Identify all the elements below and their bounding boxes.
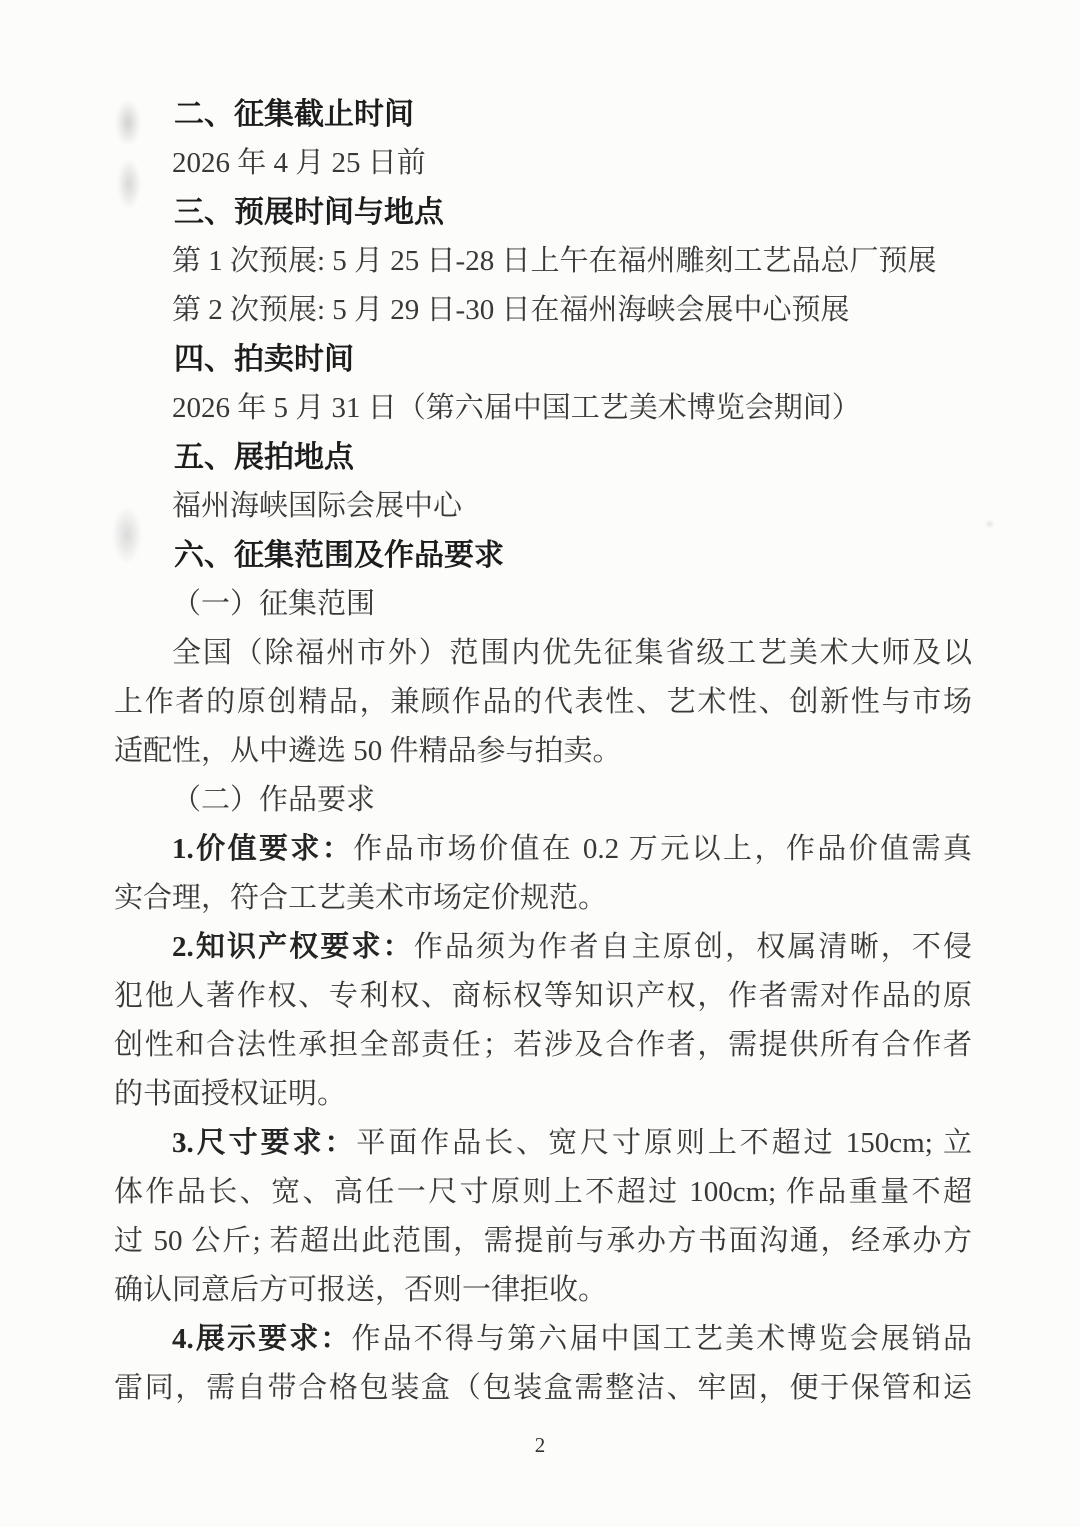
text-line: 五、展拍地点 <box>114 433 972 482</box>
text-line: （二）作品要求 <box>114 776 972 825</box>
line-text: 第 2 次预展: 5 月 29 日-30 日在福州海峡会展中心预展 <box>172 294 849 326</box>
text-line: （一）征集范围 <box>114 580 972 629</box>
text-line: 2026 年 4 月 25 日前 <box>114 139 972 188</box>
line-label: 3.尺寸要求： <box>172 1127 356 1159</box>
text-line: 福州海峡国际会展中心 <box>114 482 972 531</box>
line-text: 过 50 公斤; 若超出此范围，需提前与承办方书面沟通，经承办方 <box>114 1225 972 1257</box>
line-text: 五、展拍地点 <box>174 441 354 474</box>
text-line: 三、预展时间与地点 <box>114 188 972 237</box>
text-line: 3.尺寸要求：平面作品长、宽尺寸原则上不超过 150cm; 立 <box>114 1119 972 1168</box>
line-text: 全国（除福州市外）范围内优先征集省级工艺美术大师及以 <box>172 637 972 669</box>
line-text: （二）作品要求 <box>172 784 375 816</box>
line-text: 确认同意后方可报送，否则一律拒收。 <box>114 1274 607 1306</box>
line-text: 适配性，从中遴选 50 件精品参与拍卖。 <box>114 735 622 767</box>
text-line: 过 50 公斤; 若超出此范围，需提前与承办方书面沟通，经承办方 <box>114 1217 972 1266</box>
line-text: （一）征集范围 <box>172 588 375 620</box>
text-line: 4.展示要求：作品不得与第六届中国工艺美术博览会展销品 <box>114 1315 972 1364</box>
line-label: 4.展示要求： <box>172 1323 352 1355</box>
line-text: 2026 年 5 月 31 日（第六届中国工艺美术博览会期间） <box>172 392 861 424</box>
line-text: 作品市场价值在 0.2 万元以上，作品价值需真 <box>353 833 972 865</box>
text-line: 适配性，从中遴选 50 件精品参与拍卖。 <box>114 727 972 776</box>
line-text: 创性和合法性承担全部责任；若涉及合作者，需提供所有合作者 <box>114 1029 972 1061</box>
text-line: 全国（除福州市外）范围内优先征集省级工艺美术大师及以 <box>114 629 972 678</box>
line-text: 雷同，需自带合格包装盒（包装盒需整洁、牢固，便于保管和运 <box>114 1372 972 1404</box>
text-line: 实合理，符合工艺美术市场定价规范。 <box>114 874 972 923</box>
line-text: 福州海峡国际会展中心 <box>172 490 462 522</box>
text-line: 犯他人著作权、专利权、商标权等知识产权，作者需对作品的原 <box>114 972 972 1021</box>
document-page: 二、征集截止时间2026 年 4 月 25 日前三、预展时间与地点第 1 次预展… <box>0 0 1080 1527</box>
line-text: 作品不得与第六届中国工艺美术博览会展销品 <box>352 1323 972 1355</box>
line-text: 六、征集范围及作品要求 <box>174 539 504 572</box>
text-line: 上作者的原创精品，兼顾作品的代表性、艺术性、创新性与市场 <box>114 678 972 727</box>
text-line: 1.价值要求：作品市场价值在 0.2 万元以上，作品价值需真 <box>114 825 972 874</box>
line-text: 上作者的原创精品，兼顾作品的代表性、艺术性、创新性与市场 <box>114 686 972 718</box>
text-line: 体作品长、宽、高任一尺寸原则上不超过 100cm; 作品重量不超 <box>114 1168 972 1217</box>
text-line: 雷同，需自带合格包装盒（包装盒需整洁、牢固，便于保管和运 <box>114 1364 972 1413</box>
line-text: 2026 年 4 月 25 日前 <box>172 147 426 179</box>
line-text: 的书面授权证明。 <box>114 1078 346 1110</box>
line-text: 第 1 次预展: 5 月 25 日-28 日上午在福州雕刻工艺品总厂预展 <box>172 245 936 277</box>
scan-artifact <box>985 520 994 528</box>
line-text: 体作品长、宽、高任一尺寸原则上不超过 100cm; 作品重量不超 <box>114 1176 972 1208</box>
text-line: 第 1 次预展: 5 月 25 日-28 日上午在福州雕刻工艺品总厂预展 <box>114 237 972 286</box>
text-line: 确认同意后方可报送，否则一律拒收。 <box>114 1266 972 1315</box>
line-text: 三、预展时间与地点 <box>174 196 444 229</box>
text-line: 第 2 次预展: 5 月 29 日-30 日在福州海峡会展中心预展 <box>114 286 972 335</box>
line-text: 实合理，符合工艺美术市场定价规范。 <box>114 882 607 914</box>
text-line: 的书面授权证明。 <box>114 1070 972 1119</box>
line-label: 2.知识产权要求： <box>172 931 414 963</box>
text-line: 四、拍卖时间 <box>114 335 972 384</box>
line-text: 二、征集截止时间 <box>174 98 414 131</box>
text-line: 二、征集截止时间 <box>114 90 972 139</box>
line-text: 四、拍卖时间 <box>174 343 354 376</box>
line-label: 1.价值要求： <box>172 833 353 865</box>
document-lines: 二、征集截止时间2026 年 4 月 25 日前三、预展时间与地点第 1 次预展… <box>114 90 972 1413</box>
page-number: 2 <box>0 1430 1080 1460</box>
line-text: 平面作品长、宽尺寸原则上不超过 150cm; 立 <box>356 1127 972 1159</box>
text-line: 六、征集范围及作品要求 <box>114 531 972 580</box>
text-line: 2.知识产权要求：作品须为作者自主原创，权属清晰，不侵 <box>114 923 972 972</box>
text-line: 创性和合法性承担全部责任；若涉及合作者，需提供所有合作者 <box>114 1021 972 1070</box>
line-text: 犯他人著作权、专利权、商标权等知识产权，作者需对作品的原 <box>114 980 972 1012</box>
text-line: 2026 年 5 月 31 日（第六届中国工艺美术博览会期间） <box>114 384 972 433</box>
line-text: 作品须为作者自主原创，权属清晰，不侵 <box>414 931 972 963</box>
